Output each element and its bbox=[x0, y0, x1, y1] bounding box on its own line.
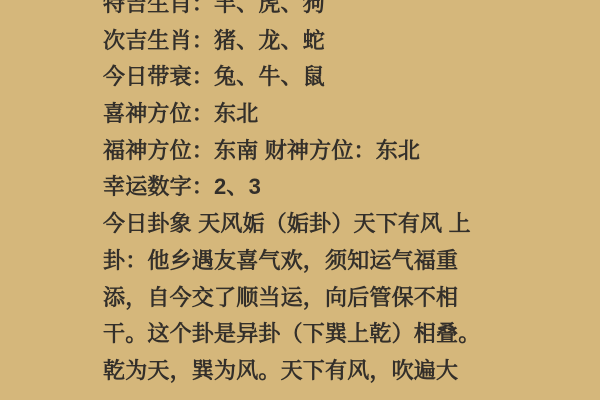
line-second-lucky-zodiac: 次吉生肖：猪、龙、蛇 bbox=[103, 23, 583, 60]
line-hexagram-text-3: 干。这个卦是异卦（下巽上乾）相叠。 bbox=[103, 316, 583, 353]
line-special-lucky-zodiac: 特吉生肖：羊、虎、狗 bbox=[103, 0, 583, 23]
fortune-text-block: 特吉生肖：羊、虎、狗 次吉生肖：猪、龙、蛇 今日带衰：兔、牛、鼠 喜神方位：东北… bbox=[103, 0, 583, 390]
line-hexagram-text-2: 添，自今交了顺当运，向后管保不相 bbox=[103, 280, 583, 317]
line-fortune-wealth-direction: 福神方位：东南 财神方位：东北 bbox=[103, 133, 583, 170]
line-unlucky-zodiac: 今日带衰：兔、牛、鼠 bbox=[103, 59, 583, 96]
line-hexagram-text-4: 乾为天，巽为风。天下有风，吹遍大 bbox=[103, 353, 583, 390]
line-hexagram-text-1: 卦：他乡遇友喜气欢，须知运气福重 bbox=[103, 243, 583, 280]
line-lucky-numbers: 幸运数字：2、3 bbox=[103, 169, 583, 206]
fortune-page: 特吉生肖：羊、虎、狗 次吉生肖：猪、龙、蛇 今日带衰：兔、牛、鼠 喜神方位：东北… bbox=[0, 0, 600, 400]
line-hexagram-title: 今日卦象 天风姤（姤卦）天下有风 上 bbox=[103, 206, 583, 243]
line-joy-god-direction: 喜神方位：东北 bbox=[103, 96, 583, 133]
